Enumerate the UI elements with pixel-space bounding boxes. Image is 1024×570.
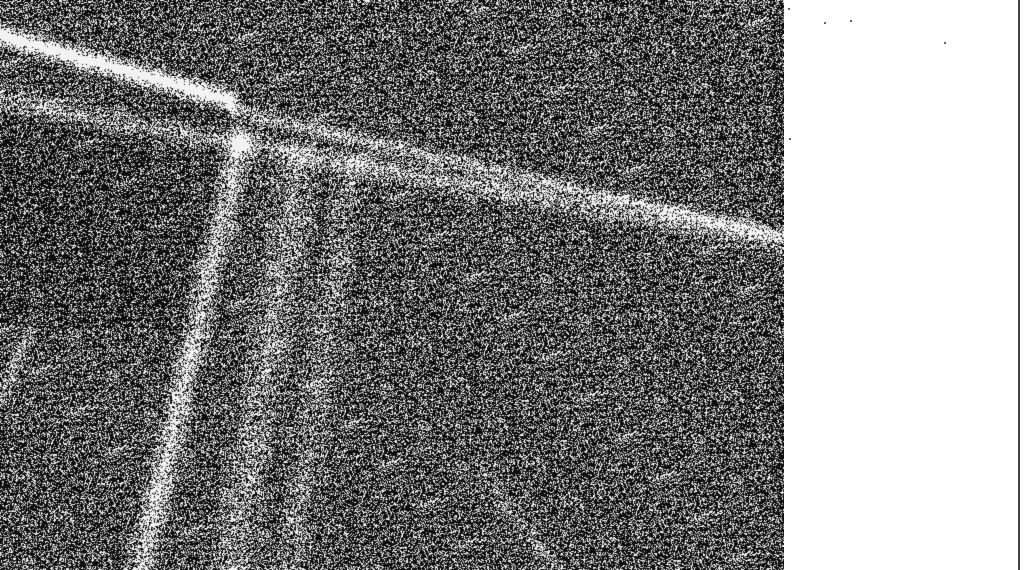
dithered-photo <box>0 0 784 570</box>
scan-speck <box>789 138 791 140</box>
photo-texture <box>0 0 784 570</box>
page-margin <box>784 0 1024 570</box>
scan-speck <box>944 42 946 44</box>
scan-speck <box>788 8 790 10</box>
page-edge-line <box>1018 0 1020 570</box>
scan-speck <box>850 20 852 22</box>
scan-speck <box>824 22 826 24</box>
